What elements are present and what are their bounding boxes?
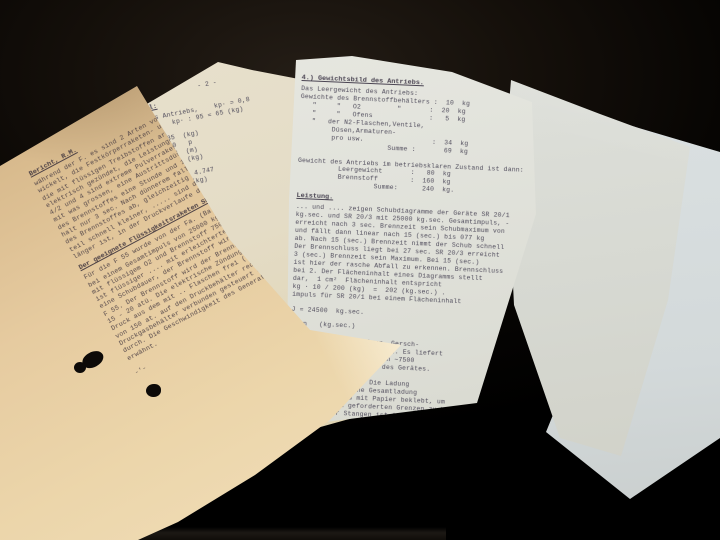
page-4-number: [524, 98, 717, 150]
page-4-text: [521, 98, 718, 162]
punch-hole: [74, 362, 86, 373]
photo-of-documents: - 2 - Beispiel: des Antriebs, kp· = 0,8 …: [0, 0, 720, 540]
page-3-paragraph: ... und .... zeigen Schubdiagramme der G…: [293, 203, 522, 292]
page-3-weight-table: Gewichte des Brennstoffbehälters : 10 kg…: [299, 93, 527, 158]
punch-hole: [146, 384, 161, 397]
